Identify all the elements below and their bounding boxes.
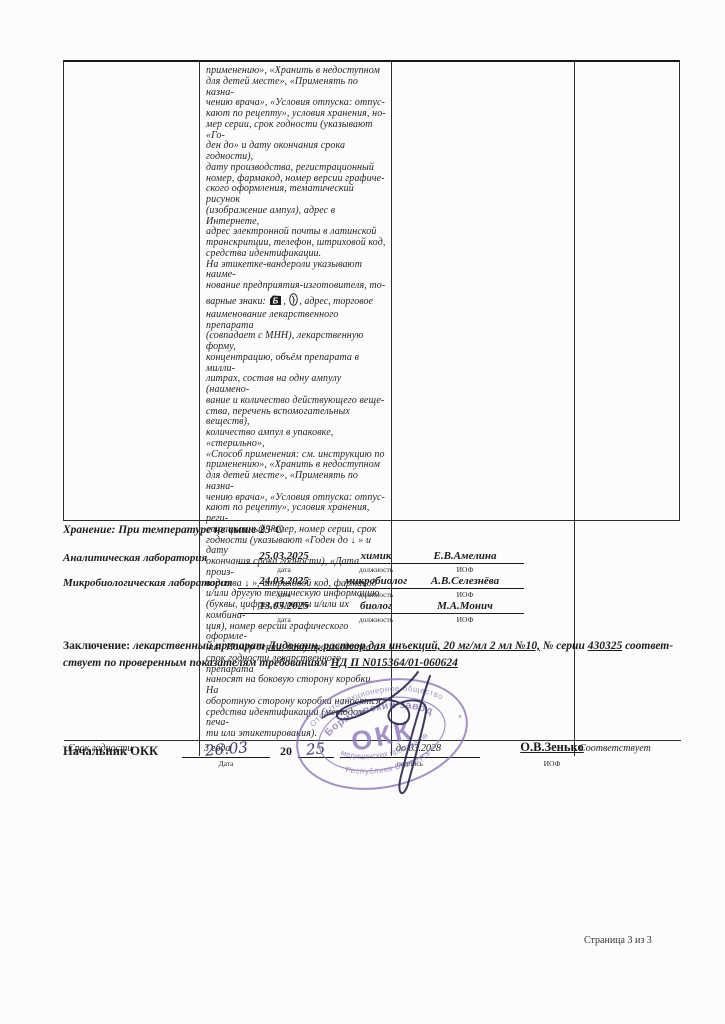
stamp-star: *: [458, 713, 464, 725]
approval-date-slot: 26.03 Дата: [182, 740, 270, 768]
approval-date-line: 26.03: [182, 740, 270, 758]
lab-date-value: 13.03.2025: [238, 600, 330, 614]
approval-name-sublabel: ИОФ: [497, 758, 607, 768]
conclusion-product: Лидокаин, раствор для инъекций, 20 мг/мл…: [268, 640, 540, 652]
lab-name-value: Е.В.Амелина: [406, 550, 524, 564]
lab-name-value: М.А.Монич: [406, 600, 524, 614]
lab-date-slot: 13.03.2025 дата: [238, 600, 330, 624]
approval-name-slot: О.В.Зенько ИОФ: [497, 740, 607, 768]
lab-row-biologist: 13.03.2025 дата биолог должность М.А.Мон…: [0, 600, 725, 626]
lab-date-slot: 24.03.2025 дата: [238, 575, 330, 599]
trademark-line-pre: варные знаки:: [206, 296, 268, 307]
trademark-line: варные знаки: Б, , адрес, торговое: [200, 292, 391, 310]
handwritten-date: 26.03: [204, 738, 248, 760]
trademark-line-sep: ,: [283, 296, 288, 307]
lab-date-value: 24.03.2025: [238, 575, 330, 589]
page-footer: Страница 3 из 3: [584, 935, 652, 946]
conclusion-series-label: № серии: [540, 640, 588, 652]
requirements-paragraph-1: применению», «Хранить в недоступном для …: [200, 62, 391, 292]
document-page: применению», «Хранить в недоступном для …: [0, 0, 725, 1024]
lab-name-slot: А.В.Селезнёва ИОФ: [406, 575, 524, 599]
trademark-emblem-icon: [289, 293, 298, 306]
lab-name-slot: М.А.Монич ИОФ: [406, 600, 524, 624]
lab-name-sublabel: ИОФ: [406, 614, 524, 624]
lab-date-value: 25.03.2025: [238, 550, 330, 564]
okk-head-title: Начальник ОКК: [63, 744, 158, 759]
lab-date-slot: 25.03.2025 дата: [238, 550, 330, 574]
year-prefix: 20: [280, 744, 292, 759]
conclusion-label: Заключение:: [63, 640, 133, 652]
lab-date-sublabel: дата: [238, 614, 330, 624]
lab-row-analytical: Аналитическая лаборатория 25.03.2025 дат…: [0, 550, 725, 576]
svg-text:Б: Б: [273, 296, 279, 305]
trademark-logo-icon: Б: [269, 295, 282, 306]
lab-date-sublabel: дата: [238, 564, 330, 574]
lab-label: Микробиологическая лаборатория: [63, 577, 232, 589]
lab-name-sublabel: ИОФ: [406, 564, 524, 574]
handwritten-signature: [318, 666, 458, 806]
okk-head-name: О.В.Зенько: [497, 740, 607, 758]
trademark-line-post: , адрес, торговое: [299, 296, 373, 307]
spec-table: применению», «Хранить в недоступном для …: [63, 60, 680, 521]
conclusion-series-number: 430325: [588, 640, 623, 652]
storage-note: Хранение: При температуре не выше 25°С: [63, 524, 283, 536]
lab-label: Аналитическая лаборатория: [63, 552, 207, 564]
lab-name-value: А.В.Селезнёва: [406, 575, 524, 589]
approval-date-sublabel: Дата: [182, 758, 270, 768]
conclusion-text: лекарственный препарат: [133, 640, 268, 652]
lab-date-sublabel: дата: [238, 589, 330, 599]
lab-row-microbiological: Микробиологическая лаборатория 24.03.202…: [0, 575, 725, 601]
lab-name-sublabel: ИОФ: [406, 589, 524, 599]
lab-name-slot: Е.В.Амелина ИОФ: [406, 550, 524, 574]
